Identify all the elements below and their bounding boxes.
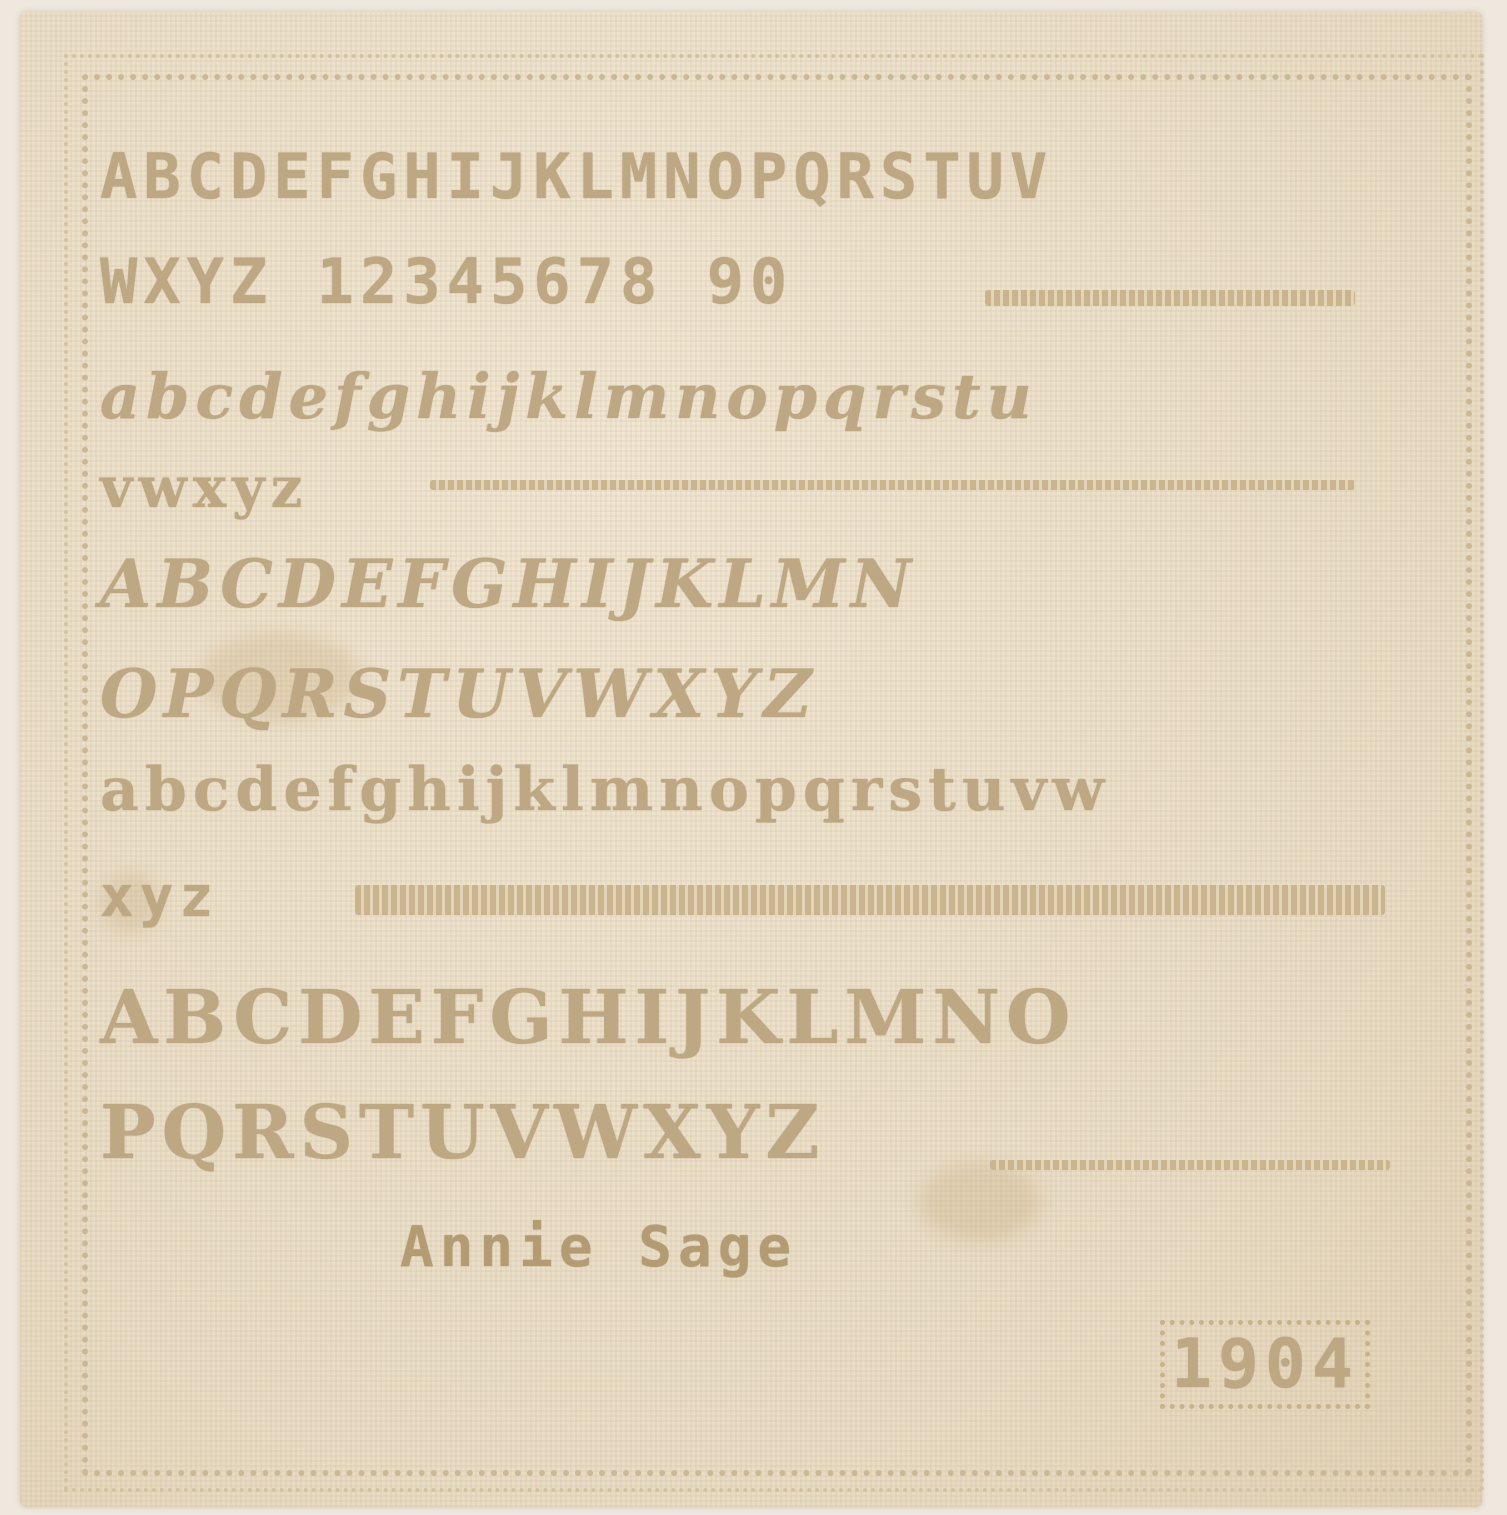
stitched-row-serif-uppercase-2: PQRSTUVWXYZ <box>100 1090 825 1176</box>
stitched-filler-bar <box>355 885 1385 915</box>
stitched-row-lowercase-1: abcdefghijklmnopqrstu <box>100 360 1038 433</box>
stitched-row-uppercase-1: ABCDEFGHIJKLMNOPQRSTUV <box>100 140 1053 213</box>
year-stitched: 1904 <box>1160 1320 1370 1409</box>
stitched-row-lowercase-3: abcdefghijklmnopqrstuvw <box>100 755 1110 825</box>
stitched-row-lowercase-2: vwxyz <box>100 455 308 521</box>
stitched-row-script-uppercase-2: OPQRSTUVWXYZ <box>100 655 818 733</box>
stitched-row-numerals: WXYZ 12345678 90 <box>100 245 793 318</box>
stitched-row-script-uppercase-1: ABCDEFGHIJKLMN <box>100 545 917 623</box>
stitched-row-lowercase-4: xyz <box>100 865 219 930</box>
stitched-filler-bar <box>985 290 1355 306</box>
maker-name: Annie Sage <box>400 1215 797 1280</box>
stain <box>920 1162 1040 1242</box>
stitched-filler-bar <box>430 480 1355 490</box>
stitched-row-serif-uppercase-1: ABCDEFGHIJKLMNO <box>100 975 1076 1061</box>
stitched-filler-wave <box>990 1160 1390 1170</box>
